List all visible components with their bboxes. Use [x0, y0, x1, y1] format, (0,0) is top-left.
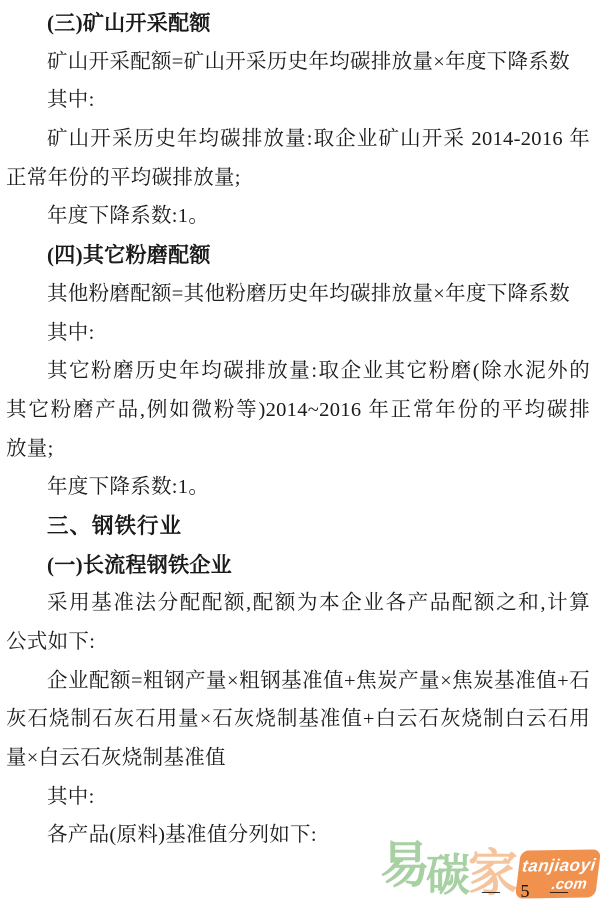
- formula-line: 其他粉磨配额=其他粉磨历史年均碳排放量×年度下降系数: [6, 275, 590, 314]
- text-line: 年度下降系数:1。: [6, 468, 590, 507]
- heading-mining-quota: (三)矿山开采配额: [6, 4, 590, 43]
- heading-steel-industry: 三、钢铁行业: [6, 507, 590, 546]
- page-number: — 5 —: [482, 881, 576, 902]
- formula-line: 量×白云石灰烧制基准值: [6, 739, 590, 778]
- heading-other-grinding-quota: (四)其它粉磨配额: [6, 236, 590, 275]
- text-line: 其它粉磨历史年均碳排放量:取企业其它粉磨(除水泥外的: [6, 352, 590, 391]
- text-line: 正常年份的平均碳排放量;: [6, 159, 590, 198]
- text-line: 其中:: [6, 81, 590, 120]
- text-line: 放量;: [6, 430, 590, 469]
- text-line: 其中:: [6, 778, 590, 817]
- text-line: 各产品(原料)基准值分列如下:: [6, 816, 590, 855]
- formula-line: 矿山开采配额=矿山开采历史年均碳排放量×年度下降系数: [6, 43, 590, 82]
- formula-line: 企业配额=粗钢产量×粗钢基准值+焦炭产量×焦炭基准值+石: [6, 662, 590, 701]
- formula-line: 灰石烧制石灰石用量×石灰烧制基准值+白云石灰烧制白云石用: [6, 700, 590, 739]
- heading-long-process-steel: (一)长流程钢铁企业: [6, 546, 590, 585]
- text-line: 年度下降系数:1。: [6, 197, 590, 236]
- text-line: 公式如下:: [6, 623, 590, 662]
- watermark-char-tan: 碳: [426, 854, 470, 898]
- text-line: 采用基准法分配配额,配额为本企业各产品配额之和,计算: [6, 584, 590, 623]
- text-line: 其它粉磨产品,例如微粉等)2014~2016 年正常年份的平均碳排: [6, 391, 590, 430]
- text-line: 其中:: [6, 314, 590, 353]
- document-page: (三)矿山开采配额 矿山开采配额=矿山开采历史年均碳排放量×年度下降系数 其中:…: [0, 0, 600, 908]
- text-line: 矿山开采历史年均碳排放量:取企业矿山开采 2014-2016 年: [6, 120, 590, 159]
- document-body: (三)矿山开采配额 矿山开采配额=矿山开采历史年均碳排放量×年度下降系数 其中:…: [6, 4, 590, 855]
- watermark-badge-text: tanjiaoyi: [518, 855, 600, 876]
